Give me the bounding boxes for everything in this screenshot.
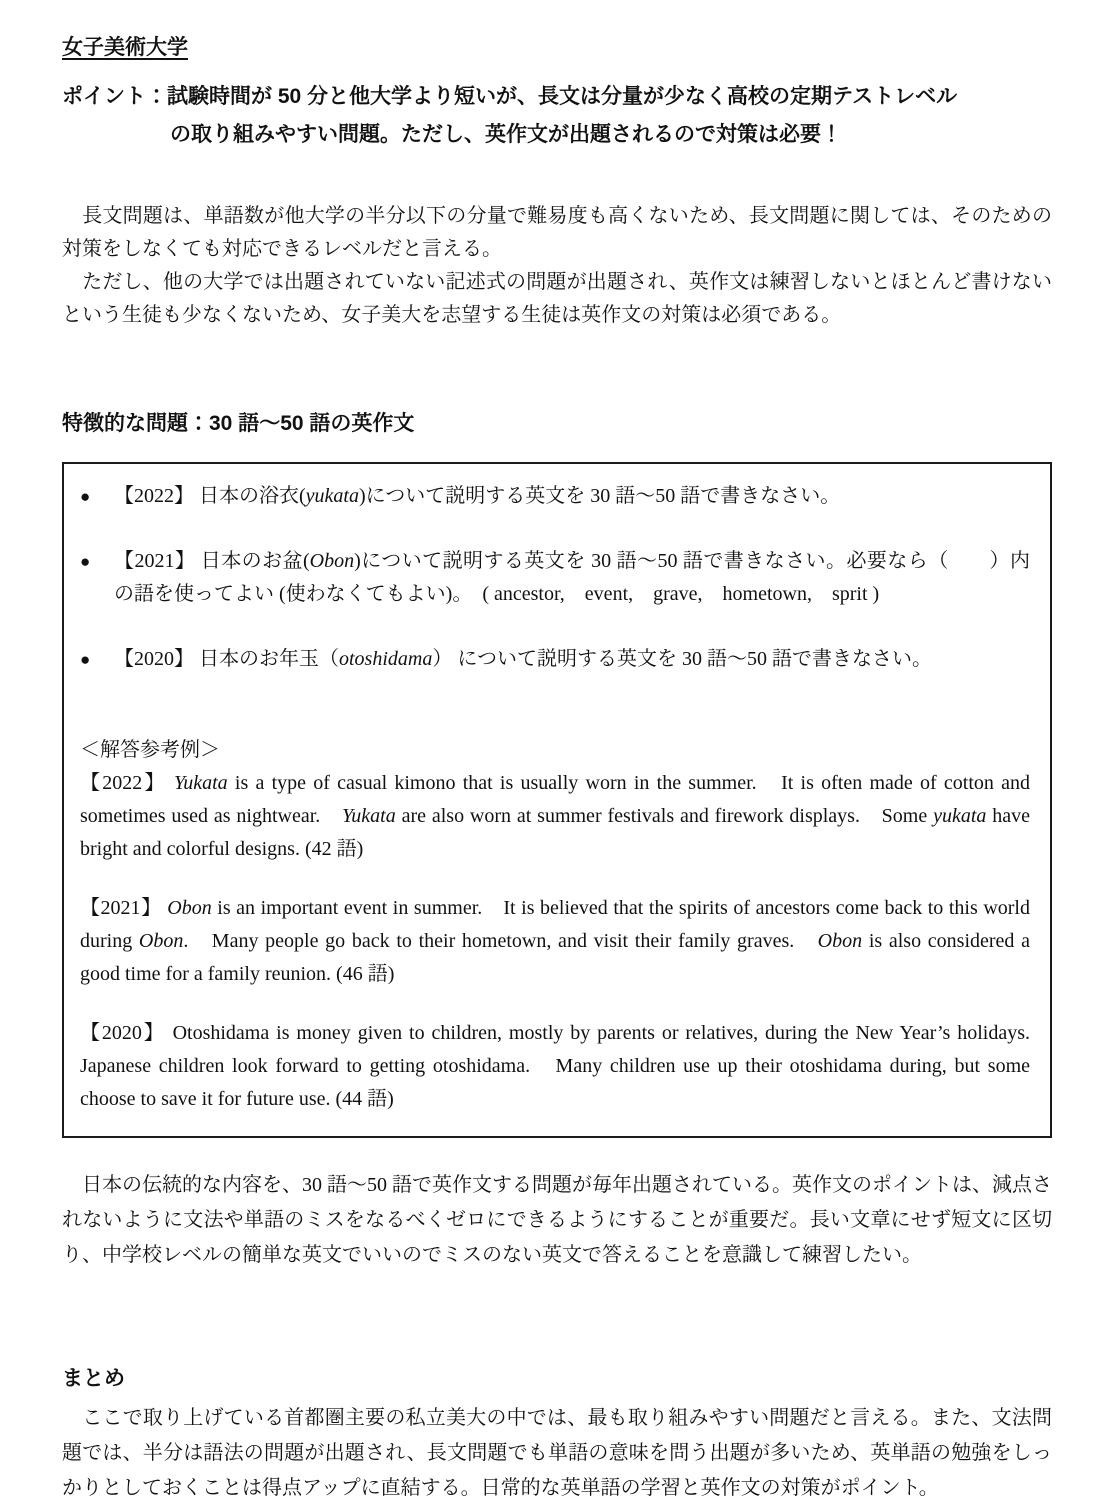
answer-paragraph-2022: 【2022】 Yukata is a type of casual kimono…: [80, 767, 1030, 866]
question-item-2021: ● 【2021】 日本のお盆(Obon)について説明する英文を 30 語～50 …: [80, 545, 1030, 611]
section-heading: 特徴的な問題：30 語～50 語の英作文: [62, 410, 1052, 438]
question-item-2022: ● 【2022】 日本の浴衣(yukata)について説明する英文を 30 語～5…: [80, 480, 1030, 513]
question-text-2020: 【2020】 日本のお年玉（otoshidama） について説明する英文を 30…: [114, 643, 1030, 676]
intro-paragraph-2: ただし、他の大学では出題されていない記述式の問題が出題され、英作文は練習しないと…: [62, 266, 1052, 332]
answer-paragraph-2020: 【2020】 Otoshidama is money given to chil…: [80, 1017, 1030, 1116]
point-heading: ポイント：試験時間が 50 分と他大学より短いが、長文は分量が少なく高校の定期テ…: [62, 78, 1052, 154]
question-item-2020: ● 【2020】 日本のお年玉（otoshidama） について説明する英文を …: [80, 643, 1030, 676]
question-text-2021: 【2021】 日本のお盆(Obon)について説明する英文を 30 語～50 語で…: [114, 545, 1030, 611]
point-heading-line1: ポイント：試験時間が 50 分と他大学より短いが、長文は分量が少なく高校の定期テ…: [62, 78, 1052, 116]
bullet-icon: ●: [80, 480, 114, 513]
bullet-icon: ●: [80, 545, 114, 611]
summary-paragraph: ここで取り上げている首都圏主要の私立美大の中では、最も取り組みやすい問題だと言え…: [62, 1401, 1052, 1500]
bullet-icon: ●: [80, 643, 114, 676]
summary-heading: まとめ: [62, 1365, 1052, 1393]
intro-paragraph-1: 長文問題は、単語数が他大学の半分以下の分量で難易度も高くないため、長文問題に関し…: [62, 200, 1052, 266]
document-page: 女子美術大学 ポイント：試験時間が 50 分と他大学より短いが、長文は分量が少な…: [0, 0, 1114, 1500]
page-title: 女子美術大学: [62, 34, 188, 62]
after-box-paragraph: 日本の伝統的な内容を、30 語～50 語で英作文する問題が毎年出題されている。英…: [62, 1168, 1052, 1273]
intro-section: 長文問題は、単語数が他大学の半分以下の分量で難易度も高くないため、長文問題に関し…: [62, 200, 1052, 332]
question-text-2022: 【2022】 日本の浴衣(yukata)について説明する英文を 30 語～50 …: [114, 480, 1030, 513]
question-box: ● 【2022】 日本の浴衣(yukata)について説明する英文を 30 語～5…: [62, 462, 1052, 1138]
answer-paragraph-2021: 【2021】 Obon is an important event in sum…: [80, 892, 1030, 991]
answer-examples-label: ＜解答参考例＞: [80, 734, 1030, 767]
point-heading-line2: の取り組みやすい問題。ただし、英作文が出題されるので対策は必要！: [62, 116, 1052, 154]
